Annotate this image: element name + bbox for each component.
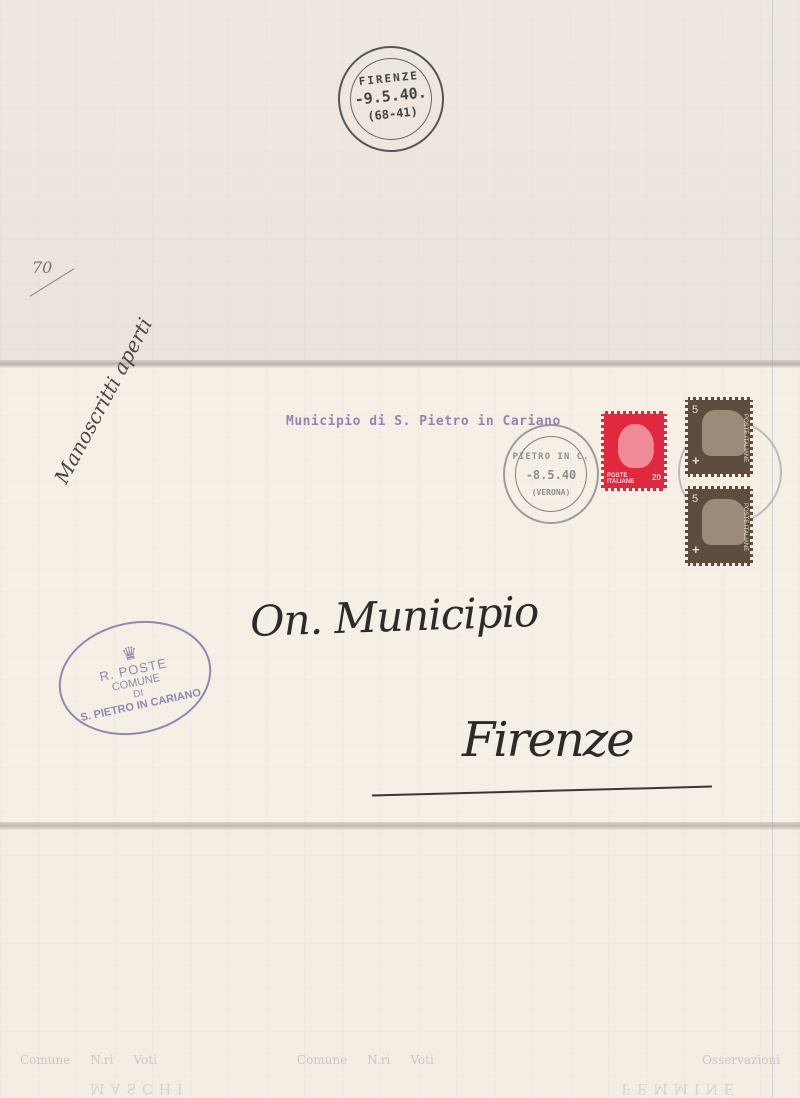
stamp-label-text: POSTE ITALIANE [607,473,652,485]
form-column: N.ri [90,1053,113,1067]
faded-form-titles: MASCHI FEMMINE [90,1080,740,1096]
form-column: N.ri [367,1053,390,1067]
stamp-label: POSTE ITALIANE 20 [607,473,661,485]
form-column: Voti [410,1053,433,1067]
postmark-ring [346,54,436,144]
margin-rule [772,0,773,1098]
address-recipient: On. Municipio [249,587,539,646]
stamp-label: POSTE ITALIANE [742,414,748,462]
savoy-cross-icon: + [692,542,700,557]
stamp-5c: 5 + POSTE ITALIANE [685,397,753,477]
form-column: Comune [297,1053,347,1067]
departure-postmark: PIETRO IN C. -8.5.40 (VERONA) [503,424,599,524]
stamp-value: 5 [692,493,698,505]
postmark-ring [515,436,587,512]
stamp-5c: 5 + POSTE ITALIANE [685,486,753,566]
address-city: Firenze [462,712,633,768]
sender-line: Municipio di S. Pietro in Cariano [286,414,561,429]
form-column: Osservazioni [702,1053,780,1067]
form-title: FEMMINE [621,1080,740,1096]
letter-sheet: 70 FIRENZE -9.5.40. (68-41) Municipio di… [0,0,800,1098]
she-wolf-icon [702,410,746,456]
profile-head-icon [618,424,654,468]
stamp-label: POSTE ITALIANE [742,503,748,551]
stamp-20c: POSTE ITALIANE 20 [601,411,667,491]
margin-number: 70 [32,258,52,277]
stamp-value: 5 [692,404,698,416]
she-wolf-icon [702,499,746,545]
fold-line [0,822,800,830]
form-column: Voti [133,1053,156,1067]
savoy-cross-icon: + [692,453,700,468]
form-column: Comune [20,1053,70,1067]
form-title: MASCHI [90,1080,189,1096]
faded-form-header: Comune N.ri Voti Comune N.ri Voti Osserv… [20,1040,780,1080]
stamp-value: 20 [652,473,661,485]
